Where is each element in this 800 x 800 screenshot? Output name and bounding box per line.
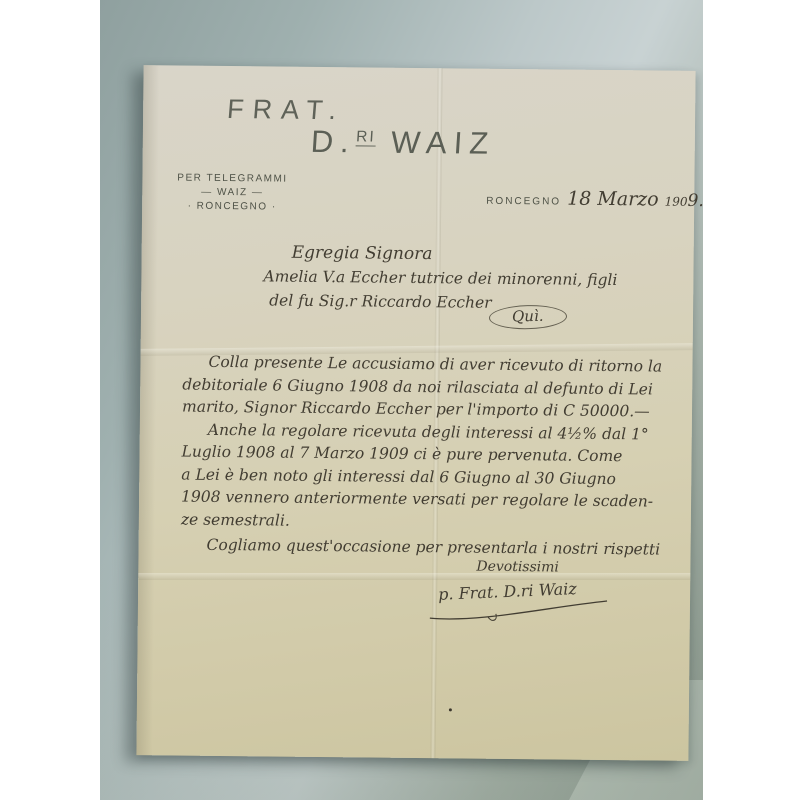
recipient-late-husband-line: del fu Sig.r Riccardo Eccher (269, 291, 492, 311)
dateline-place-printed: RONCEGNO (486, 196, 561, 208)
body-line: Cogliamo quest'occasione per presentarla… (180, 534, 672, 562)
dateline-year-digit: 9. (687, 191, 703, 211)
dateline-year-printed: 190 (665, 195, 688, 209)
scanned-letter-photo: FRAT. D.RI WAIZ PER TELEGRAMMI — WAIZ — … (0, 0, 800, 800)
letterhead-dr-superscript: RI (356, 128, 377, 146)
letter-body: Colla presente Le accusiamo di aver rice… (180, 351, 674, 562)
paper-edge-shadow (136, 65, 159, 755)
recipient-salutation: Egregia Signora (292, 243, 433, 264)
valediction: Devotissimi (476, 559, 559, 576)
telegram-line3: · RONCEGNO · (158, 199, 306, 215)
letter-paper: FRAT. D.RI WAIZ PER TELEGRAMMI — WAIZ — … (136, 65, 695, 761)
recipient-location-circled: Quì. (489, 304, 567, 330)
white-margin-right (703, 0, 800, 800)
white-margin-left (0, 0, 100, 800)
letterhead-dr-prefix: D. (310, 124, 357, 159)
dateline-handwritten-date: 18 Marzo (567, 188, 659, 211)
telegram-address-block: PER TELEGRAMMI — WAIZ — · RONCEGNO · (158, 171, 306, 215)
photo-background: FRAT. D.RI WAIZ PER TELEGRAMMI — WAIZ — … (100, 0, 703, 800)
letterhead-company-line1: FRAT. (226, 94, 346, 126)
letterhead-company-name: D.RI WAIZ (310, 124, 497, 162)
fold-crease-lower (138, 573, 690, 580)
telegram-line1: PER TELEGRAMMI (158, 171, 306, 187)
signature-flourish (426, 596, 611, 624)
ink-speck (449, 708, 452, 711)
recipient-name-line: Amelia V.a Eccher tutrice dei minorenni,… (263, 267, 617, 289)
letterhead-surname: WAIZ (390, 125, 497, 161)
telegram-line2: — WAIZ — (158, 185, 306, 201)
dateline: RONCEGNO18 Marzo1909. (486, 187, 703, 211)
